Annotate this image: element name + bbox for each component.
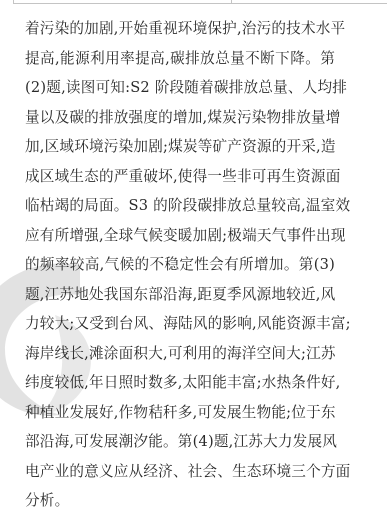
text-line: 提高,能源利用率提高,碳排放总量不断下降。第: [25, 44, 335, 74]
text-line: 电产业的意义应从经济、社会、生态环境三个方面: [25, 457, 335, 487]
text-line: 着污染的加剧,开始重视环境保护,治污的技术水平: [25, 14, 335, 44]
text-line: 部沿海,可发展潮汐能。第(4)题,江苏大力发展风: [25, 427, 335, 457]
text-line: 应有所增强,全球气候变暖加剧;极端天气事件出现: [25, 221, 335, 251]
text-line: 题,江苏地处我国东部沿海,距夏季风源地较近,风: [25, 280, 335, 310]
text-line: 加,区域环境污染加剧;煤炭等矿产资源的开采,造: [25, 132, 335, 162]
text-line: 分析。: [25, 486, 335, 516]
answer-explanation-text: 着污染的加剧,开始重视环境保护,治污的技术水平 提高,能源利用率提高,碳排放总量…: [25, 14, 335, 516]
text-line: 力较大;又受到台风、海陆风的影响,风能资源丰富;: [25, 309, 335, 339]
text-line: 成区域生态的严重破坏,使得一些非可再生资源面: [25, 162, 335, 192]
table-bottom-edge: [13, 0, 387, 4]
table-column-divider: [231, 0, 232, 3]
text-line: 临枯竭的局面。S3 的阶段碳排放总量较高,温室效: [25, 191, 335, 221]
text-line: (2)题,读图可知:S2 阶段随着碳排放总量、人均排: [25, 73, 335, 103]
text-line: 海岸线长,滩涂面积大,可利用的海洋空间大;江苏: [25, 339, 335, 369]
text-line: 量以及碳的排放强度的增加,煤炭污染物排放量增: [25, 103, 335, 133]
text-line: 纬度较低,年日照时数多,太阳能丰富;水热条件好,: [25, 368, 335, 398]
text-line: 种植业发展好,作物秸秆多,可发展生物能;位于东: [25, 398, 335, 428]
text-line: 的频率较高,气候的不稳定性会有所增加。第(3): [25, 250, 335, 280]
